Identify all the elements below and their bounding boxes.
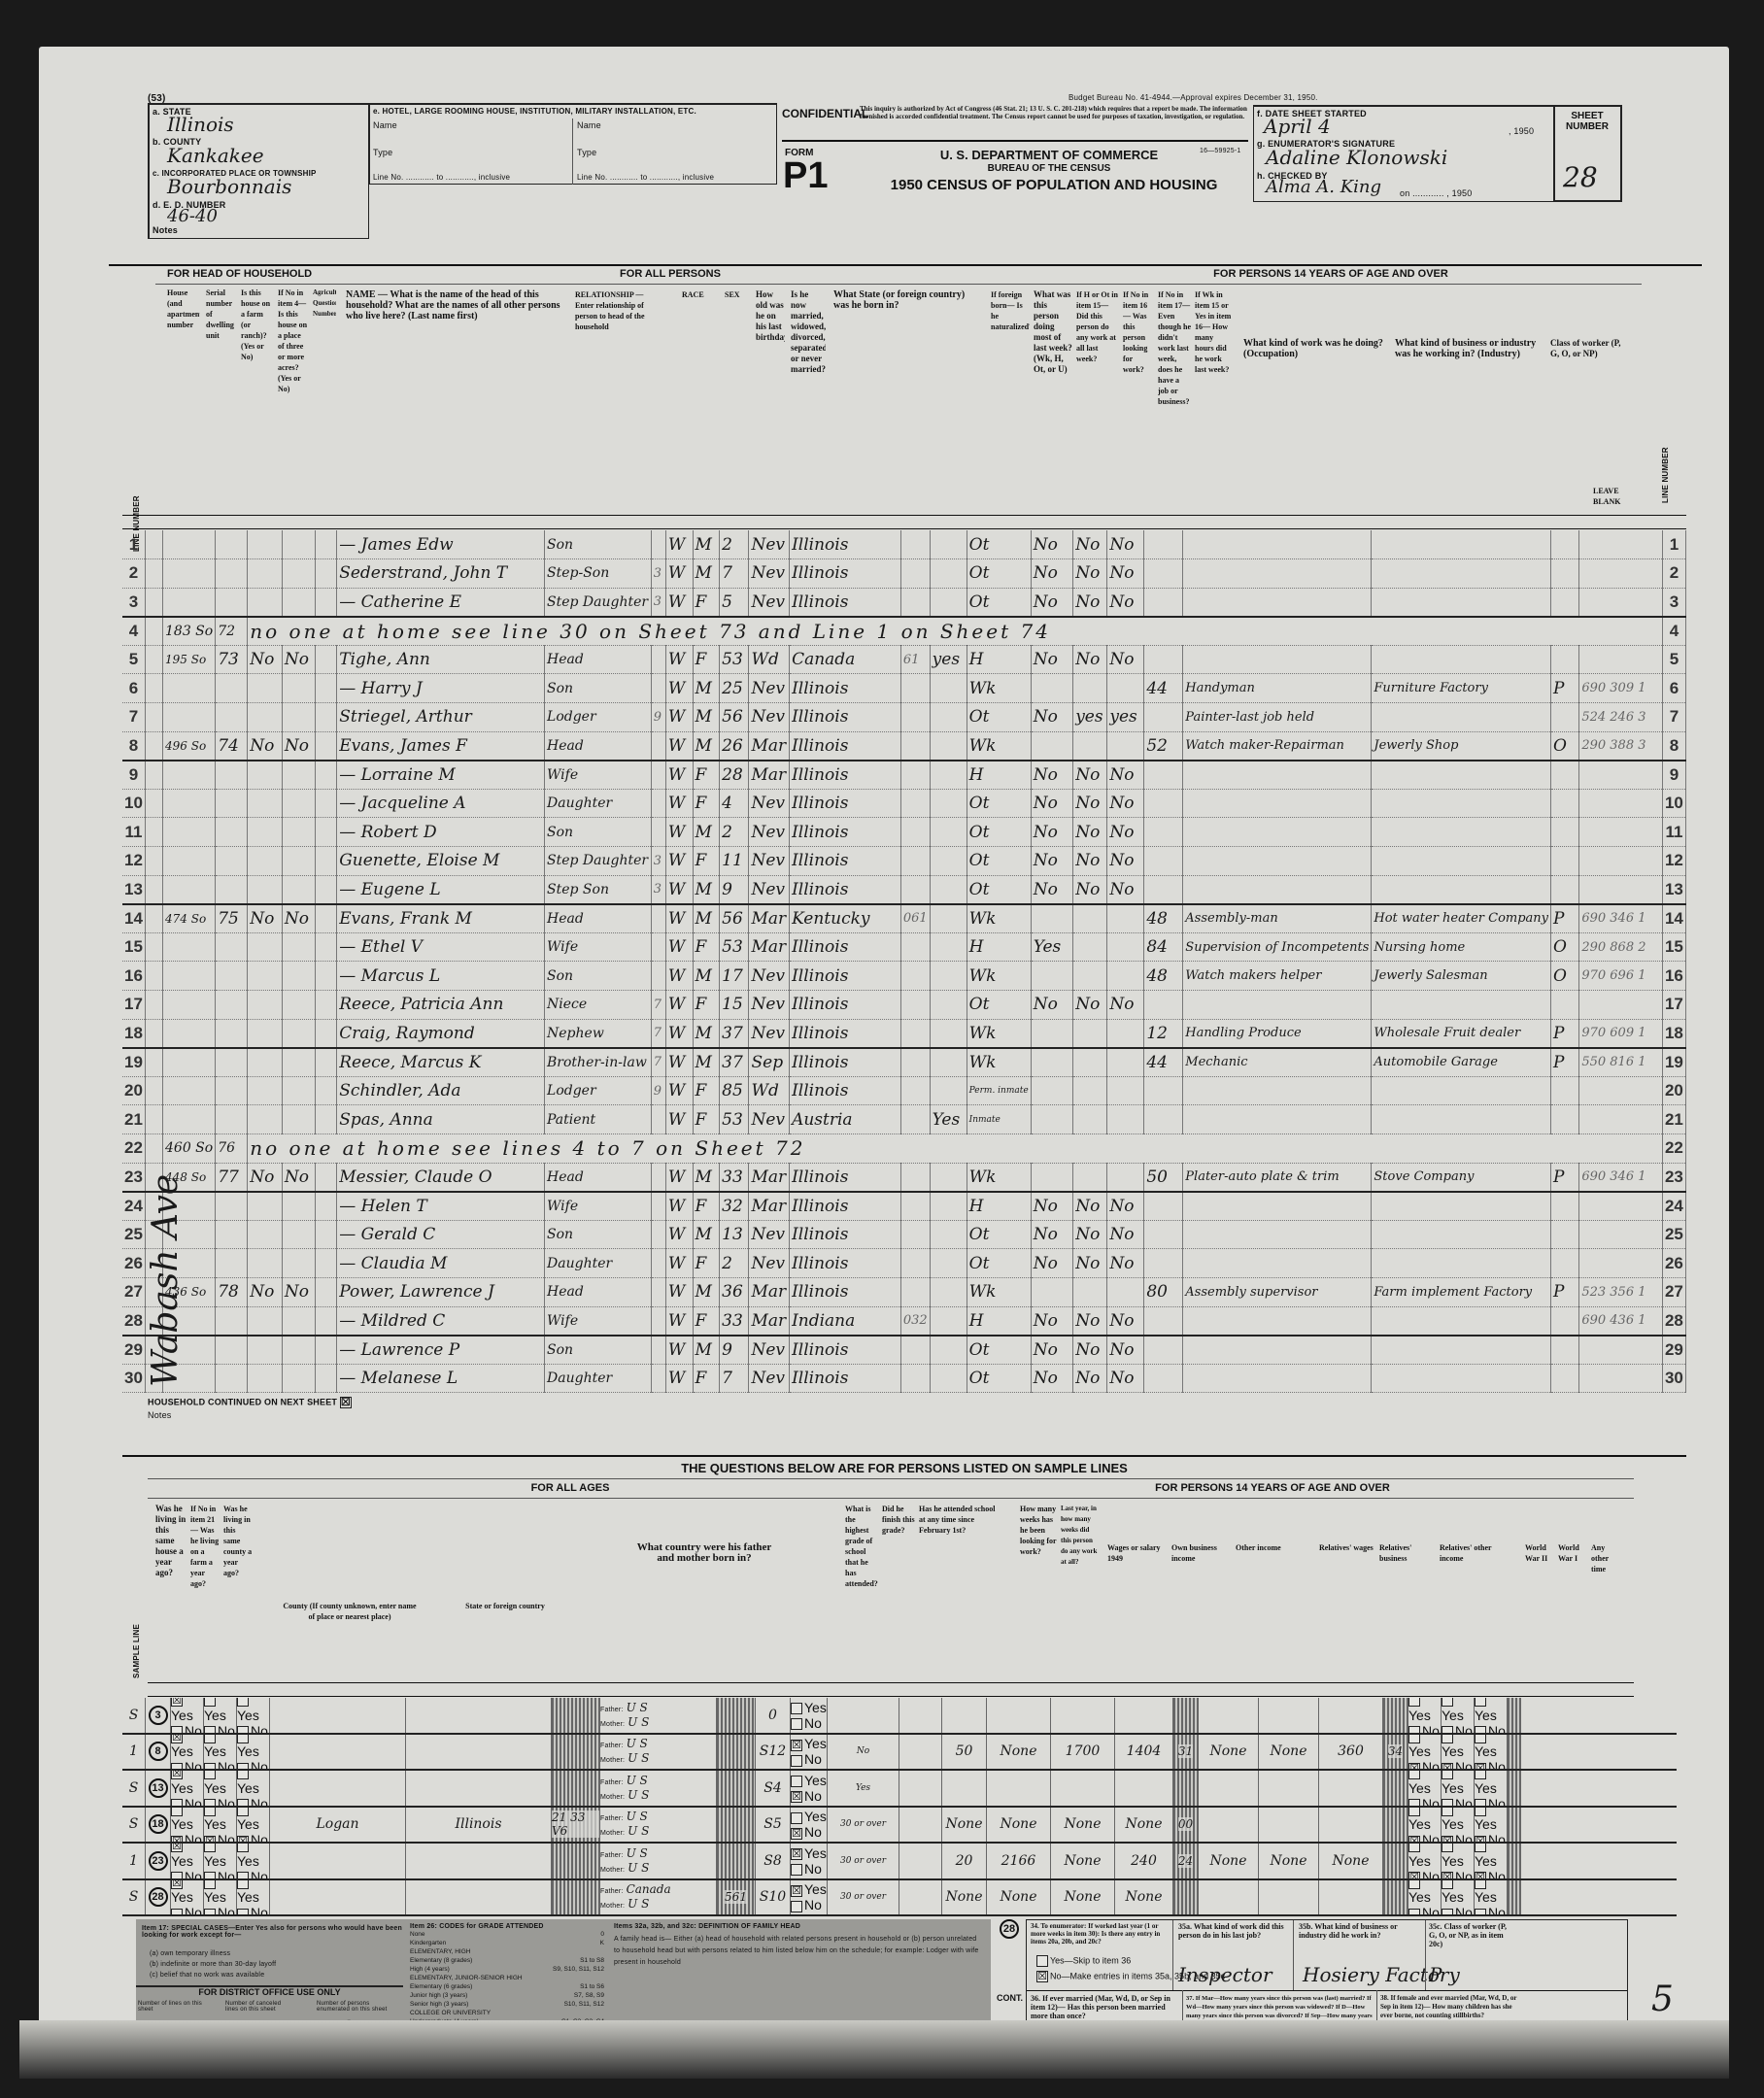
cell-marital: Mar xyxy=(749,932,790,962)
cell-race: W xyxy=(665,1336,693,1365)
cell-w31b: 1700 xyxy=(1066,1743,1101,1759)
cell-B xyxy=(900,703,930,732)
cell-sex: M xyxy=(693,1277,720,1306)
cell-farm: No xyxy=(248,645,283,674)
other-no-checkbox[interactable]: No xyxy=(1475,1796,1506,1806)
cell-marital: Nev xyxy=(749,559,790,589)
table-row: 30— Melanese LDaughterWF7NevIllinoisOtNo… xyxy=(122,1364,1686,1393)
cell-street xyxy=(145,761,162,790)
cell-rel: Daughter xyxy=(545,789,652,818)
cell-mother: U S xyxy=(628,1715,649,1729)
cell-house: 474 So xyxy=(163,904,216,933)
cell-industry: Stove Company xyxy=(1372,1163,1551,1192)
cell-acres xyxy=(282,1019,315,1048)
cell-activity: H xyxy=(967,761,1031,790)
cell-birthplace: Illinois xyxy=(790,559,901,589)
other-no-checkbox[interactable]: No xyxy=(1475,1723,1506,1733)
line-number: 16 xyxy=(122,962,145,991)
table-row: 12Guenette, Eloise MStep Daughter3WF11Ne… xyxy=(122,847,1686,876)
cell-race: W xyxy=(665,1249,693,1278)
cell-A: 7 xyxy=(651,991,665,1020)
ww1-yes-checkbox[interactable]: Yes xyxy=(1442,1880,1474,1906)
q22-yes-checkbox[interactable]: Yes xyxy=(204,1771,236,1796)
other-no-checkbox[interactable]: ☒No xyxy=(1475,1869,1506,1878)
grade-code-item: KindergartenK xyxy=(410,1939,604,1947)
cell-race: W xyxy=(665,962,693,991)
ww2-yes-checkbox[interactable]: Yes xyxy=(1408,1880,1441,1906)
ww2-yes-checkbox[interactable]: Yes xyxy=(1408,1735,1441,1760)
col-farm-header: Is this house on a farm (or ranch)? (Yes… xyxy=(241,288,274,511)
ww1-no-checkbox[interactable]: No xyxy=(1442,1796,1473,1806)
line-number-right: 11 xyxy=(1662,818,1685,847)
cell-A xyxy=(651,761,665,790)
cell-age: 56 xyxy=(720,703,749,732)
q22-yes-checkbox[interactable]: Yes xyxy=(204,1808,236,1833)
district-office-title: FOR DISTRICT OFFICE USE ONLY xyxy=(136,1987,403,1997)
finish-yes-checkbox[interactable]: ☒Yes xyxy=(791,1845,827,1861)
other-yes-checkbox[interactable]: Yes xyxy=(1475,1771,1507,1796)
cell-codes xyxy=(1579,818,1663,847)
cell-job: yes xyxy=(1107,703,1144,732)
cell-name: Craig, Raymond xyxy=(337,1019,545,1048)
cell-marital: Nev xyxy=(749,1336,790,1365)
line-number-right: 18 xyxy=(1662,1019,1685,1048)
table-row: 29— Lawrence PSonWM9NevIllinoisOtNoNoNo2… xyxy=(122,1336,1686,1365)
cell-nat xyxy=(930,1048,967,1077)
cell-marital: Sep xyxy=(749,1048,790,1077)
cell-occupation xyxy=(1183,847,1372,876)
cell-occupation: Watch maker-Repairman xyxy=(1183,731,1372,761)
cell-name: Messier, Claude O xyxy=(337,1163,545,1192)
finish-yes-checkbox[interactable]: Yes xyxy=(791,1809,827,1824)
grade-code-item: Elementary (8 grades)S1 to S8 xyxy=(410,1956,604,1965)
cell-hours xyxy=(1144,991,1183,1020)
line-number-right: 19 xyxy=(1662,1048,1685,1077)
q21-no-checkbox[interactable]: ☒No xyxy=(171,1832,202,1842)
cell-work xyxy=(1031,1277,1073,1306)
q22-no-checkbox[interactable]: No xyxy=(204,1759,235,1769)
other-yes-checkbox[interactable]: Yes xyxy=(1475,1735,1507,1760)
finish-yes-checkbox[interactable]: Yes xyxy=(791,1773,827,1788)
cell-A xyxy=(651,530,665,559)
cell-father: U S xyxy=(627,1810,648,1823)
cell-farm xyxy=(248,962,283,991)
cell-race: W xyxy=(665,559,693,589)
cell-A xyxy=(651,818,665,847)
cell-q21: ☒YesNo xyxy=(171,1880,204,1915)
cell-agri xyxy=(316,1220,337,1249)
cell-farm xyxy=(248,1048,283,1077)
cell-occupation xyxy=(1183,1336,1372,1365)
cell-name: Power, Lawrence J xyxy=(337,1277,545,1306)
cell-looking xyxy=(1073,962,1107,991)
cell-w31a: None xyxy=(1001,1889,1037,1905)
cell-occupation xyxy=(1183,1105,1372,1134)
cell-industry xyxy=(1372,645,1551,674)
cell-acres: No xyxy=(282,1163,315,1192)
ww2-no-checkbox[interactable]: No xyxy=(1408,1723,1440,1733)
cell-sex: F xyxy=(693,1192,720,1221)
cell-w31c: 1404 xyxy=(1127,1743,1162,1759)
cell-race: W xyxy=(665,761,693,790)
cell-work xyxy=(1031,674,1073,703)
q21-yes-checkbox[interactable]: ☒Yes xyxy=(171,1844,203,1869)
table-row: 28— Mildred CWifeWF33MarIndiana032HNoNoN… xyxy=(122,1306,1686,1336)
col-industry-header: What kind of business or industry was he… xyxy=(1395,338,1541,513)
q21-yes-checkbox[interactable]: Yes xyxy=(171,1808,203,1833)
cell-codes: 970 609 1 xyxy=(1579,1019,1663,1048)
sample-row: S13☒YesNoYesNoYesNoFather: U SMother: U … xyxy=(122,1771,1677,1808)
col-agri-header: Agriculture Questionnaire Number xyxy=(313,288,336,511)
cell-codes: 550 816 1 xyxy=(1579,1048,1663,1077)
cell-street xyxy=(145,530,162,559)
finish-no-checkbox[interactable]: No xyxy=(791,1751,822,1767)
q21-yes-checkbox[interactable]: ☒Yes xyxy=(171,1735,203,1760)
sample-col-33c-header: Any other time xyxy=(1591,1542,1620,1574)
ww2-yes-checkbox[interactable]: Yes xyxy=(1408,1844,1441,1869)
q23-no-checkbox[interactable]: ☒No xyxy=(237,1832,268,1842)
cell-work: No xyxy=(1031,818,1073,847)
population-table: 1— James EdwSonWM2NevIllinoisOtNoNoNo12S… xyxy=(122,530,1686,1393)
q23-no-checkbox[interactable]: No xyxy=(237,1723,268,1733)
cell-race: W xyxy=(665,588,693,617)
cell-farm xyxy=(248,588,283,617)
cell-name: Spas, Anna xyxy=(337,1105,545,1134)
cell-birthplace: Illinois xyxy=(790,875,901,904)
finish-no-checkbox[interactable]: No xyxy=(791,1897,822,1912)
q21-yes-checkbox[interactable]: ☒Yes xyxy=(171,1880,203,1906)
q22-no-checkbox[interactable]: ☒No xyxy=(204,1832,235,1842)
cell-farm xyxy=(248,789,283,818)
ww1-no-checkbox[interactable]: No xyxy=(1442,1905,1473,1914)
cell-house xyxy=(163,1076,216,1105)
confidential-label: CONFIDENTIAL xyxy=(782,107,868,120)
ww1-no-checkbox[interactable]: No xyxy=(1442,1723,1473,1733)
cell-serial: 72 xyxy=(216,617,248,646)
line-number-right: 29 xyxy=(1662,1336,1685,1365)
cell-agri xyxy=(316,847,337,876)
cell-serial xyxy=(216,703,248,732)
cell-job xyxy=(1107,1163,1144,1192)
grade-code-item: Junior high (3 years)S7, S8, S9 xyxy=(410,1991,604,2000)
cell-hours xyxy=(1144,1249,1183,1278)
q22-yes-checkbox[interactable]: Yes xyxy=(204,1735,236,1760)
q22-no-checkbox[interactable]: No xyxy=(204,1796,235,1806)
q21-no-checkbox[interactable]: No xyxy=(171,1759,202,1769)
cell-looking: No xyxy=(1073,645,1107,674)
cell-age: 33 xyxy=(720,1163,749,1192)
cell-age: 11 xyxy=(720,847,749,876)
q23-no-checkbox[interactable]: No xyxy=(237,1905,268,1914)
sample-row: 123☒YesNoYesNoYesNoFather: U SMother: U … xyxy=(122,1844,1677,1880)
line-number-right: 30 xyxy=(1662,1364,1685,1393)
cell-occupation xyxy=(1183,1306,1372,1336)
ww1-no-checkbox[interactable]: ☒No xyxy=(1442,1759,1473,1769)
cell-codes xyxy=(1579,559,1663,589)
line-number: 29 xyxy=(122,1336,145,1365)
finish-yes-checkbox[interactable]: ☒Yes xyxy=(791,1881,827,1897)
ww1-no-checkbox[interactable]: ☒No xyxy=(1442,1869,1473,1878)
cell-w32a: None xyxy=(1210,1743,1247,1759)
col-c-leave-blank: LEAVE BLANK xyxy=(1593,486,1642,507)
finish-no-checkbox[interactable]: No xyxy=(791,1861,822,1877)
col-relationship-header: RELATIONSHIP — Enter relationship of per… xyxy=(575,289,657,513)
cell-activity: Wk xyxy=(967,904,1031,933)
cell-house xyxy=(163,530,216,559)
cell-birthplace: Illinois xyxy=(790,1019,901,1048)
cell-cls xyxy=(1551,1076,1579,1105)
household-continued-checkbox[interactable]: ☒ xyxy=(340,1397,352,1408)
cell-finish: ☒YesNo xyxy=(791,1880,828,1915)
sample-line-circle: 28 xyxy=(149,1887,168,1907)
q38-text: 38. If female and ever married (Mar, Wd,… xyxy=(1380,1994,1526,2020)
cell-industry xyxy=(1372,588,1551,617)
cell-work xyxy=(1031,1163,1073,1192)
other-no-checkbox[interactable]: ☒No xyxy=(1475,1832,1506,1842)
cell-age: 56 xyxy=(720,904,749,933)
cell-acres: No xyxy=(282,731,315,761)
q21-yes-checkbox[interactable]: ☒Yes xyxy=(171,1698,203,1723)
cell-marital: Mar xyxy=(749,1192,790,1221)
cell-hours xyxy=(1144,645,1183,674)
q22-no-checkbox[interactable]: No xyxy=(204,1905,235,1914)
cell-A xyxy=(651,1220,665,1249)
cell-industry xyxy=(1372,559,1551,589)
cell-age: 9 xyxy=(720,875,749,904)
cell-house xyxy=(163,991,216,1020)
finish-yes-checkbox[interactable]: Yes xyxy=(791,1700,827,1715)
cell-acres xyxy=(282,818,315,847)
sample-col-32c-header: Relatives' other income xyxy=(1440,1542,1498,1564)
q21-no-checkbox[interactable]: No xyxy=(171,1869,202,1878)
cell-A: 7 xyxy=(651,1048,665,1077)
q23-yes-checkbox[interactable]: Yes xyxy=(237,1735,269,1760)
ww2-no-checkbox[interactable]: No xyxy=(1408,1905,1440,1914)
cell-job: No xyxy=(1107,588,1144,617)
cell-name: — Catherine E xyxy=(337,588,545,617)
cell-nat xyxy=(930,1277,967,1306)
cell-serial xyxy=(216,1336,248,1365)
q35b-text: 35b. What kind of business or industry d… xyxy=(1299,1922,1415,1940)
line-number-right: 21 xyxy=(1662,1105,1685,1134)
cell-marital: Nev xyxy=(749,1105,790,1134)
cell-cls: P xyxy=(1551,904,1579,933)
cell-hours xyxy=(1144,1364,1183,1393)
cell-house xyxy=(163,789,216,818)
q23-no-checkbox[interactable]: No xyxy=(237,1869,268,1878)
cell-farm xyxy=(248,1220,283,1249)
cell-work xyxy=(1031,904,1073,933)
q22-no-checkbox[interactable]: No xyxy=(204,1723,235,1733)
ww1-no-checkbox[interactable]: ☒No xyxy=(1442,1832,1473,1842)
cell-q21: ☒YesNo xyxy=(171,1735,204,1770)
line-number: 24 xyxy=(122,1192,145,1221)
form-id: P1 xyxy=(783,157,828,194)
ww1-yes-checkbox[interactable]: Yes xyxy=(1442,1844,1474,1869)
cell-race: W xyxy=(665,1277,693,1306)
col-job-header: If No in item 17— Even though he didn't … xyxy=(1158,289,1191,513)
q23-yes-checkbox[interactable]: Yes xyxy=(237,1698,269,1723)
cell-name: — James Edw xyxy=(337,530,545,559)
cell-codes xyxy=(1579,1192,1663,1221)
cell-A xyxy=(651,1364,665,1393)
finish-no-checkbox[interactable]: ☒No xyxy=(791,1788,822,1804)
sample-col-32a-header: Relatives' wages xyxy=(1319,1542,1374,1553)
q22-yes-checkbox[interactable]: Yes xyxy=(204,1880,236,1906)
cell-nat xyxy=(930,703,967,732)
cell-grade: S5 xyxy=(763,1816,782,1832)
cell-age: 17 xyxy=(720,962,749,991)
q23-no-checkbox[interactable]: No xyxy=(237,1759,268,1769)
cell-hours xyxy=(1144,1306,1183,1336)
cell-serial xyxy=(216,962,248,991)
cell-mark: 1 xyxy=(129,1853,138,1869)
cell-w31b: None xyxy=(1065,1889,1102,1905)
finish-yes-checkbox[interactable]: ☒Yes xyxy=(791,1736,827,1751)
section-persons-14-sample: FOR PERSONS 14 YEARS OF AGE AND OVER xyxy=(1010,1482,1535,1494)
q21-yes-checkbox[interactable]: ☒Yes xyxy=(171,1771,203,1796)
cell-job: No xyxy=(1107,1220,1144,1249)
ww2-no-checkbox[interactable]: ☒No xyxy=(1408,1759,1440,1769)
sample-col-32b-header: Relatives' business xyxy=(1379,1542,1434,1564)
sample-row: S18Yes☒NoYes☒NoYes☒NoLoganIllinois21 33 … xyxy=(122,1808,1677,1844)
cell-B xyxy=(900,818,930,847)
cell-acres xyxy=(282,674,315,703)
ww2-no-checkbox[interactable]: ☒No xyxy=(1408,1832,1440,1842)
cell-age: 7 xyxy=(720,1364,749,1393)
q22-yes-checkbox[interactable]: Yes xyxy=(204,1844,236,1869)
line-number: 23 xyxy=(122,1163,145,1192)
line-number-right: 2 xyxy=(1662,559,1685,589)
finish-no-checkbox[interactable]: ☒No xyxy=(791,1824,822,1840)
q21-no-checkbox[interactable]: No xyxy=(171,1796,202,1806)
cell-industry xyxy=(1372,1306,1551,1336)
cell-nat: Yes xyxy=(930,1105,967,1134)
cell-age: 25 xyxy=(720,674,749,703)
cell-race: W xyxy=(665,789,693,818)
cell-serial: 75 xyxy=(216,904,248,933)
cell-acres xyxy=(282,761,315,790)
cell-B xyxy=(900,1105,930,1134)
line-number-right: 25 xyxy=(1662,1220,1685,1249)
cell-nat xyxy=(930,962,967,991)
cell-birthplace: Indiana xyxy=(790,1306,901,1336)
ww2-yes-checkbox[interactable]: Yes xyxy=(1408,1771,1441,1796)
q23-yes-checkbox[interactable]: Yes xyxy=(237,1844,269,1869)
cell-birthplace: Illinois xyxy=(790,991,901,1020)
q34-yes[interactable]: Yes—Skip to item 36 xyxy=(1036,1955,1131,1967)
sample-col-31a-header: Wages or salary 1949 xyxy=(1107,1542,1166,1564)
cell-house xyxy=(163,875,216,904)
ww1-yes-checkbox[interactable]: Yes xyxy=(1442,1735,1474,1760)
cell-note: no one at home see line 30 on Sheet 73 a… xyxy=(248,617,1663,646)
cell-sex: M xyxy=(693,530,720,559)
other-yes-checkbox[interactable]: Yes xyxy=(1475,1808,1507,1833)
line-number-right: 6 xyxy=(1662,674,1685,703)
cell-q21: ☒YesNo xyxy=(171,1698,204,1733)
cell-street xyxy=(145,789,162,818)
cell-age: 4 xyxy=(720,789,749,818)
q23-yes-checkbox[interactable]: Yes xyxy=(237,1771,269,1796)
cell-farm xyxy=(248,1192,283,1221)
cell-work: No xyxy=(1031,1364,1073,1393)
table-row: 9— Lorraine MWifeWF28MarIllinoisHNoNoNo9 xyxy=(122,761,1686,790)
table-row: 4183 So72no one at home see line 30 on S… xyxy=(122,617,1686,646)
cell-hours: 44 xyxy=(1144,674,1183,703)
ww2-yes-checkbox[interactable]: Yes xyxy=(1408,1808,1441,1833)
other-no-checkbox[interactable]: ☒No xyxy=(1475,1759,1506,1769)
cell-A xyxy=(651,1163,665,1192)
q23-no-checkbox[interactable]: No xyxy=(237,1796,268,1806)
cell-rel: Wife xyxy=(545,1192,652,1221)
cell-activity: Wk xyxy=(967,1277,1031,1306)
other-yes-checkbox[interactable]: Yes xyxy=(1475,1880,1507,1906)
cell-activity: Ot xyxy=(967,703,1031,732)
cell-father: U S xyxy=(627,1846,648,1860)
cell-name: — Helen T xyxy=(337,1192,545,1221)
cell-A: 9 xyxy=(651,703,665,732)
cell-house: 195 So xyxy=(163,645,216,674)
cell-name: Reece, Patricia Ann xyxy=(337,991,545,1020)
cell-school: No xyxy=(857,1746,869,1756)
cell-w31c: None xyxy=(1126,1816,1163,1832)
cell-q21: Yes☒No xyxy=(171,1808,204,1843)
cont-line-box: 28 xyxy=(995,1919,1024,1989)
ww2-no-checkbox[interactable]: No xyxy=(1408,1796,1440,1806)
cell-sex: M xyxy=(693,904,720,933)
q22-yes-checkbox[interactable]: Yes xyxy=(204,1698,236,1723)
cell-hours xyxy=(1144,1105,1183,1134)
cell-q23: YesNo xyxy=(237,1771,270,1806)
q21-no-checkbox[interactable]: No xyxy=(171,1723,202,1733)
cell-house xyxy=(163,932,216,962)
cell-sex: F xyxy=(693,789,720,818)
other-no-checkbox[interactable]: No xyxy=(1475,1905,1506,1914)
cell-occupation: Mechanic xyxy=(1183,1048,1372,1077)
cell-street xyxy=(145,875,162,904)
q23-yes-checkbox[interactable]: Yes xyxy=(237,1808,269,1833)
state-value: Illinois xyxy=(167,113,234,136)
cell-work: No xyxy=(1031,1336,1073,1365)
ww1-yes-checkbox[interactable]: Yes xyxy=(1442,1771,1474,1796)
other-yes-checkbox[interactable]: Yes xyxy=(1475,1698,1507,1723)
other-yes-checkbox[interactable]: Yes xyxy=(1475,1844,1507,1869)
notes-label-main: Notes xyxy=(148,1410,172,1420)
cell-sex: F xyxy=(693,1249,720,1278)
q23-yes-checkbox[interactable]: Yes xyxy=(237,1880,269,1906)
table-row: 26— Claudia MDaughterWF2NevIllinoisOtNoN… xyxy=(122,1249,1686,1278)
line-number: 22 xyxy=(122,1134,145,1163)
q22-no-checkbox[interactable]: No xyxy=(204,1869,235,1878)
finish-no-checkbox[interactable]: No xyxy=(791,1715,822,1731)
col-birthplace-header: What State (or foreign country) was he b… xyxy=(833,289,969,513)
line-number: 19 xyxy=(122,1048,145,1077)
q21-no-checkbox[interactable]: No xyxy=(171,1905,202,1914)
cell-looking xyxy=(1073,932,1107,962)
line-number-right: 8 xyxy=(1662,731,1685,761)
table-row: 25— Gerald CSonWM13NevIllinoisOtNoNoNo25 xyxy=(122,1220,1686,1249)
ww1-yes-checkbox[interactable]: Yes xyxy=(1442,1808,1474,1833)
cell-F-leave-blank: 31 xyxy=(1178,1744,1193,1758)
cell-birthplace: Illinois xyxy=(790,1220,901,1249)
ww2-yes-checkbox[interactable]: Yes xyxy=(1408,1698,1441,1723)
cell-marital: Wd xyxy=(749,1076,790,1105)
ww1-yes-checkbox[interactable]: Yes xyxy=(1442,1698,1474,1723)
sample-section-title: THE QUESTIONS BELOW ARE FOR PERSONS LIST… xyxy=(122,1461,1686,1475)
cell-rel: Brother-in-law xyxy=(545,1048,652,1077)
ww2-no-checkbox[interactable]: ☒No xyxy=(1408,1869,1440,1878)
cell-mother: U S xyxy=(628,1897,649,1911)
